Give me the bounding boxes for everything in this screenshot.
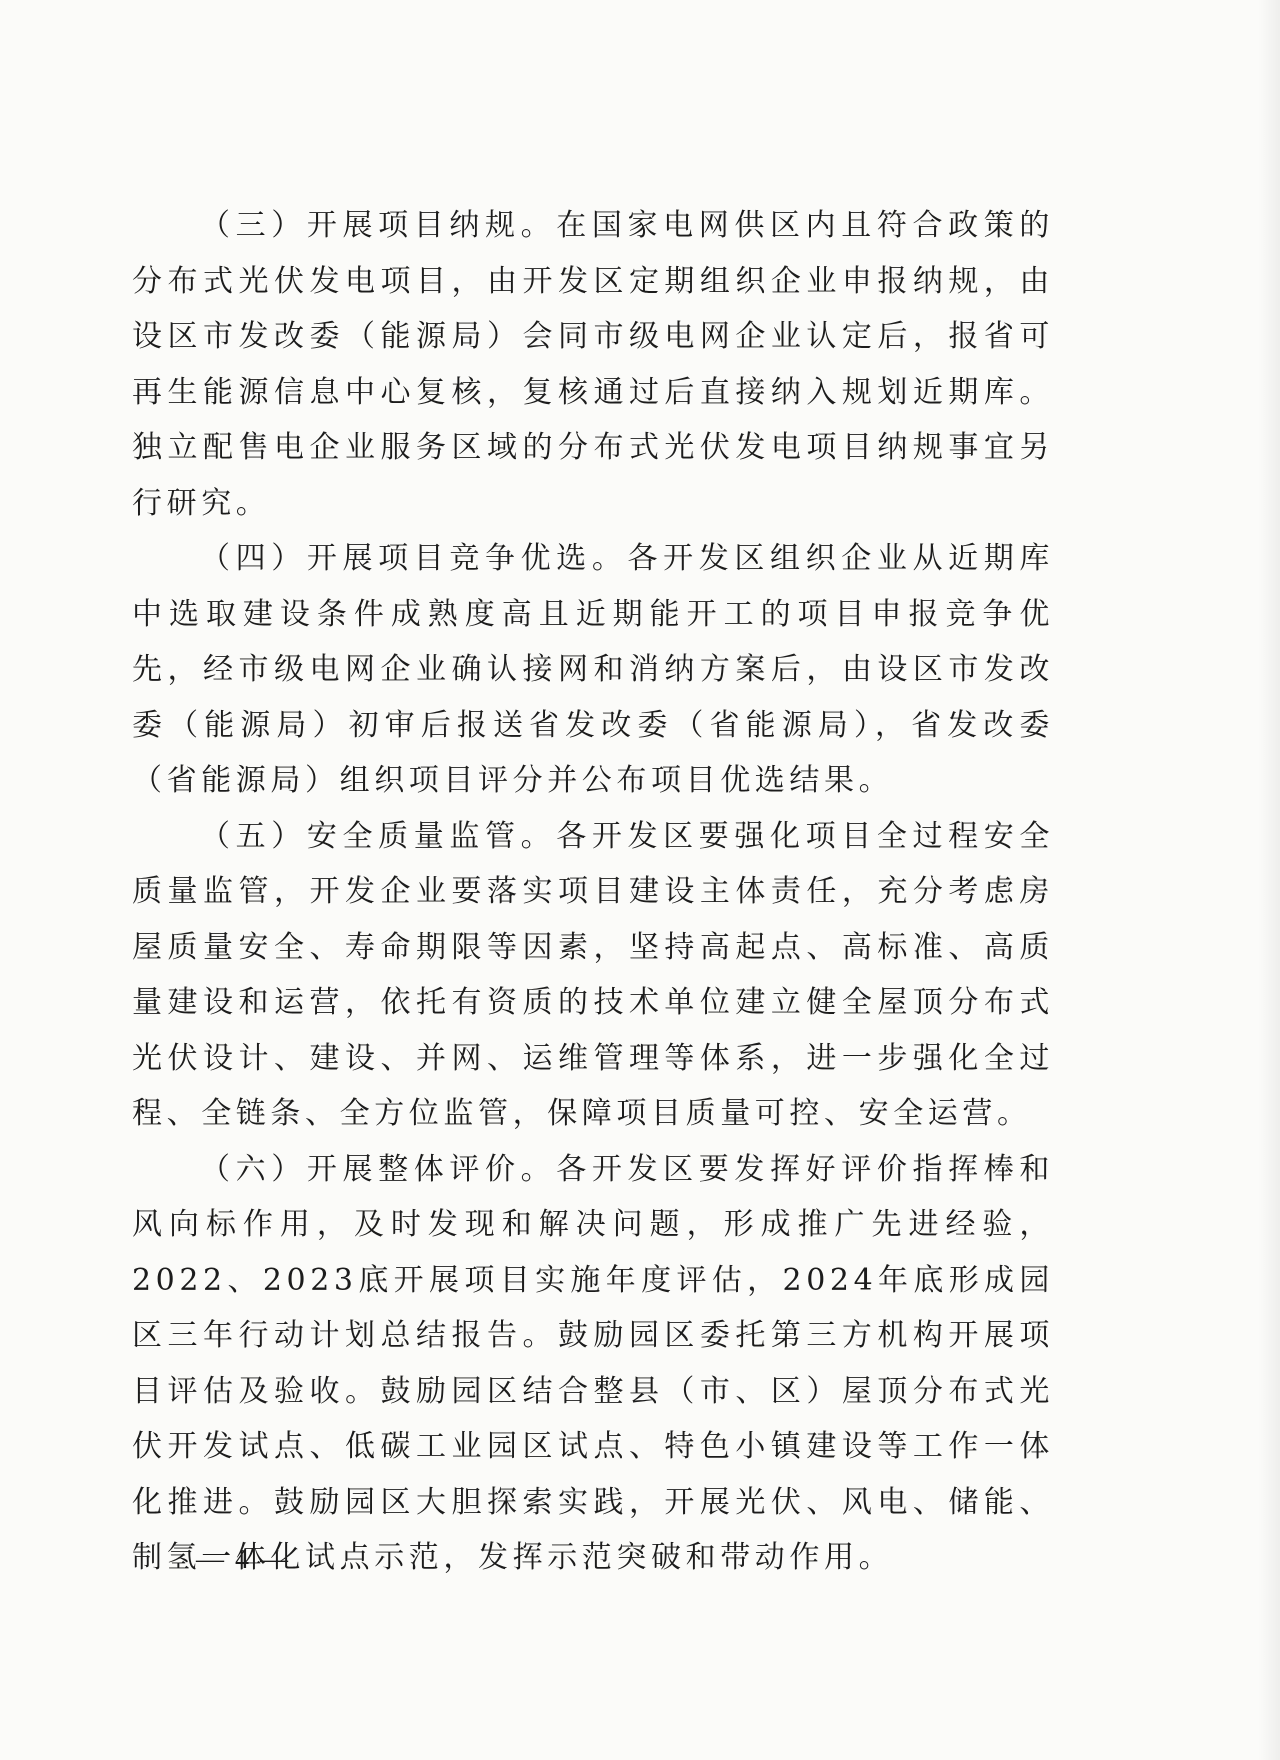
paragraph-heading: （四）开展项目竞争优选。 <box>200 541 628 576</box>
page-number: — 4 — <box>196 1544 290 1576</box>
paragraph-overall-evaluation: （六）开展整体评价。各开发区要发挥好评价指挥棒和风向标作用，及时发现和解决问题，… <box>132 1142 1054 1586</box>
document-body: （三）开展项目纳规。在国家电网供区内且符合政策的分布式光伏发电项目，由开发区定期… <box>132 198 1054 1586</box>
paragraph-project-compliance: （三）开展项目纳规。在国家电网供区内且符合政策的分布式光伏发电项目，由开发区定期… <box>132 198 1054 531</box>
paragraph-text: 在国家电网供区内且符合政策的分布式光伏发电项目，由开发区定期组织企业申报纳规，由… <box>132 208 1054 521</box>
paragraph-text: 各开发区组织企业从近期库中选取建设条件成熟度高且近期能开工的项目申报竞争优先，经… <box>132 541 1054 798</box>
page-edge-shadow <box>1258 0 1280 1760</box>
paragraph-text: 各开发区要发挥好评价指挥棒和风向标作用，及时发现和解决问题，形成推广先进经验，2… <box>132 1152 1054 1576</box>
paragraph-safety-quality: （五）安全质量监管。各开发区要强化项目全过程安全质量监管，开发企业要落实项目建设… <box>132 809 1054 1142</box>
paragraph-heading: （六）开展整体评价。 <box>200 1152 556 1187</box>
paragraph-competitive-selection: （四）开展项目竞争优选。各开发区组织企业从近期库中选取建设条件成熟度高且近期能开… <box>132 531 1054 809</box>
paragraph-text: 各开发区要强化项目全过程安全质量监管，开发企业要落实项目建设主体责任，充分考虑房… <box>132 819 1054 1132</box>
paragraph-heading: （五）安全质量监管。 <box>200 819 556 854</box>
paragraph-heading: （三）开展项目纳规。 <box>200 208 556 243</box>
